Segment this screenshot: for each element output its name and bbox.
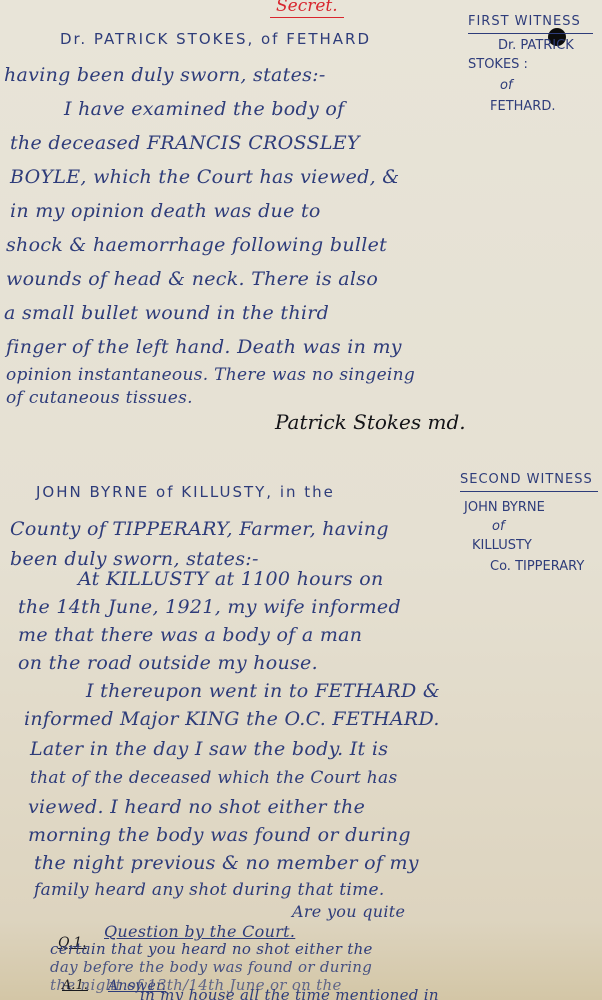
margin-name-line: of: [468, 78, 593, 93]
margin-name-line: of: [460, 519, 598, 534]
margin-name-line: STOKES :: [468, 57, 593, 72]
question-line: day before the body was found or during: [50, 958, 372, 976]
signature: Patrick Stokes md.: [275, 410, 466, 434]
statement-line: the deceased FRANCIS CROSSLEY: [10, 132, 360, 154]
witness-intro-line: JOHN BYRNE of KILLUSTY, in the: [36, 483, 335, 501]
classification-mark: Secret.: [270, 0, 344, 18]
question-line: certain that you heard no shot either th…: [50, 940, 373, 958]
statement-line: the night previous & no member of my: [34, 852, 419, 874]
statement-line: County of TIPPERARY, Farmer, having: [10, 518, 389, 540]
statement-line: in my opinion death was due to: [10, 200, 321, 222]
statement-line: of cutaneous tissues.: [6, 388, 193, 408]
witness-intro-line: Dr. PATRICK STOKES, of FETHARD: [60, 30, 371, 48]
margin-name-line: JOHN BYRNE: [460, 500, 598, 515]
document-page: Secret. FIRST WITNESS Dr. PATRICK STOKES…: [0, 0, 602, 1000]
answer-label: A.1.: [62, 978, 88, 993]
statement-line: been duly sworn, states:-: [10, 548, 259, 570]
statement-line: morning the body was found or during: [28, 824, 411, 846]
statement-line: shock & haemorrhage following bullet: [6, 234, 387, 256]
statement-line: family heard any shot during that time.: [34, 880, 385, 900]
statement-line: viewed. I heard no shot either the: [28, 796, 365, 818]
second-witness-margin-note: SECOND WITNESS JOHN BYRNE of KILLUSTY Co…: [460, 472, 598, 574]
statement-line: informed Major KING the O.C. FETHARD.: [24, 708, 440, 730]
first-witness-heading: FIRST WITNESS: [468, 14, 593, 34]
statement-line: I thereupon went in to FETHARD &: [86, 680, 440, 702]
question-heading: Question by the Court.: [104, 922, 295, 941]
statement-line: me that there was a body of a man: [18, 624, 362, 646]
margin-name-line: Dr. PATRICK: [468, 38, 593, 53]
statement-line: Later in the day I saw the body. It is: [30, 738, 388, 760]
statement-line: wounds of head & neck. There is also: [6, 268, 378, 290]
margin-name-line: Co. TIPPERARY: [460, 559, 598, 574]
statement-line: having been duly sworn, states:-: [4, 64, 326, 86]
margin-name-line: KILLUSTY: [460, 538, 598, 553]
question-line: Are you quite: [292, 902, 405, 921]
statement-line: a small bullet wound in the third: [4, 302, 329, 324]
margin-name-line: FETHARD.: [468, 99, 593, 114]
first-witness-margin-note: FIRST WITNESS Dr. PATRICK STOKES : of FE…: [468, 14, 593, 114]
statement-line: on the road outside my house.: [18, 652, 318, 674]
second-witness-heading: SECOND WITNESS: [460, 472, 598, 492]
answer-line: in my house all the time mentioned in: [140, 986, 439, 1000]
statement-line: At KILLUSTY at 1100 hours on: [78, 568, 384, 590]
statement-line: finger of the left hand. Death was in my: [6, 336, 402, 358]
statement-line: opinion instantaneous. There was no sing…: [6, 365, 415, 385]
statement-line: that of the deceased which the Court has: [30, 768, 397, 788]
statement-line: the 14th June, 1921, my wife informed: [18, 596, 401, 618]
statement-line: I have examined the body of: [64, 98, 344, 120]
statement-line: BOYLE, which the Court has viewed, &: [10, 166, 400, 188]
